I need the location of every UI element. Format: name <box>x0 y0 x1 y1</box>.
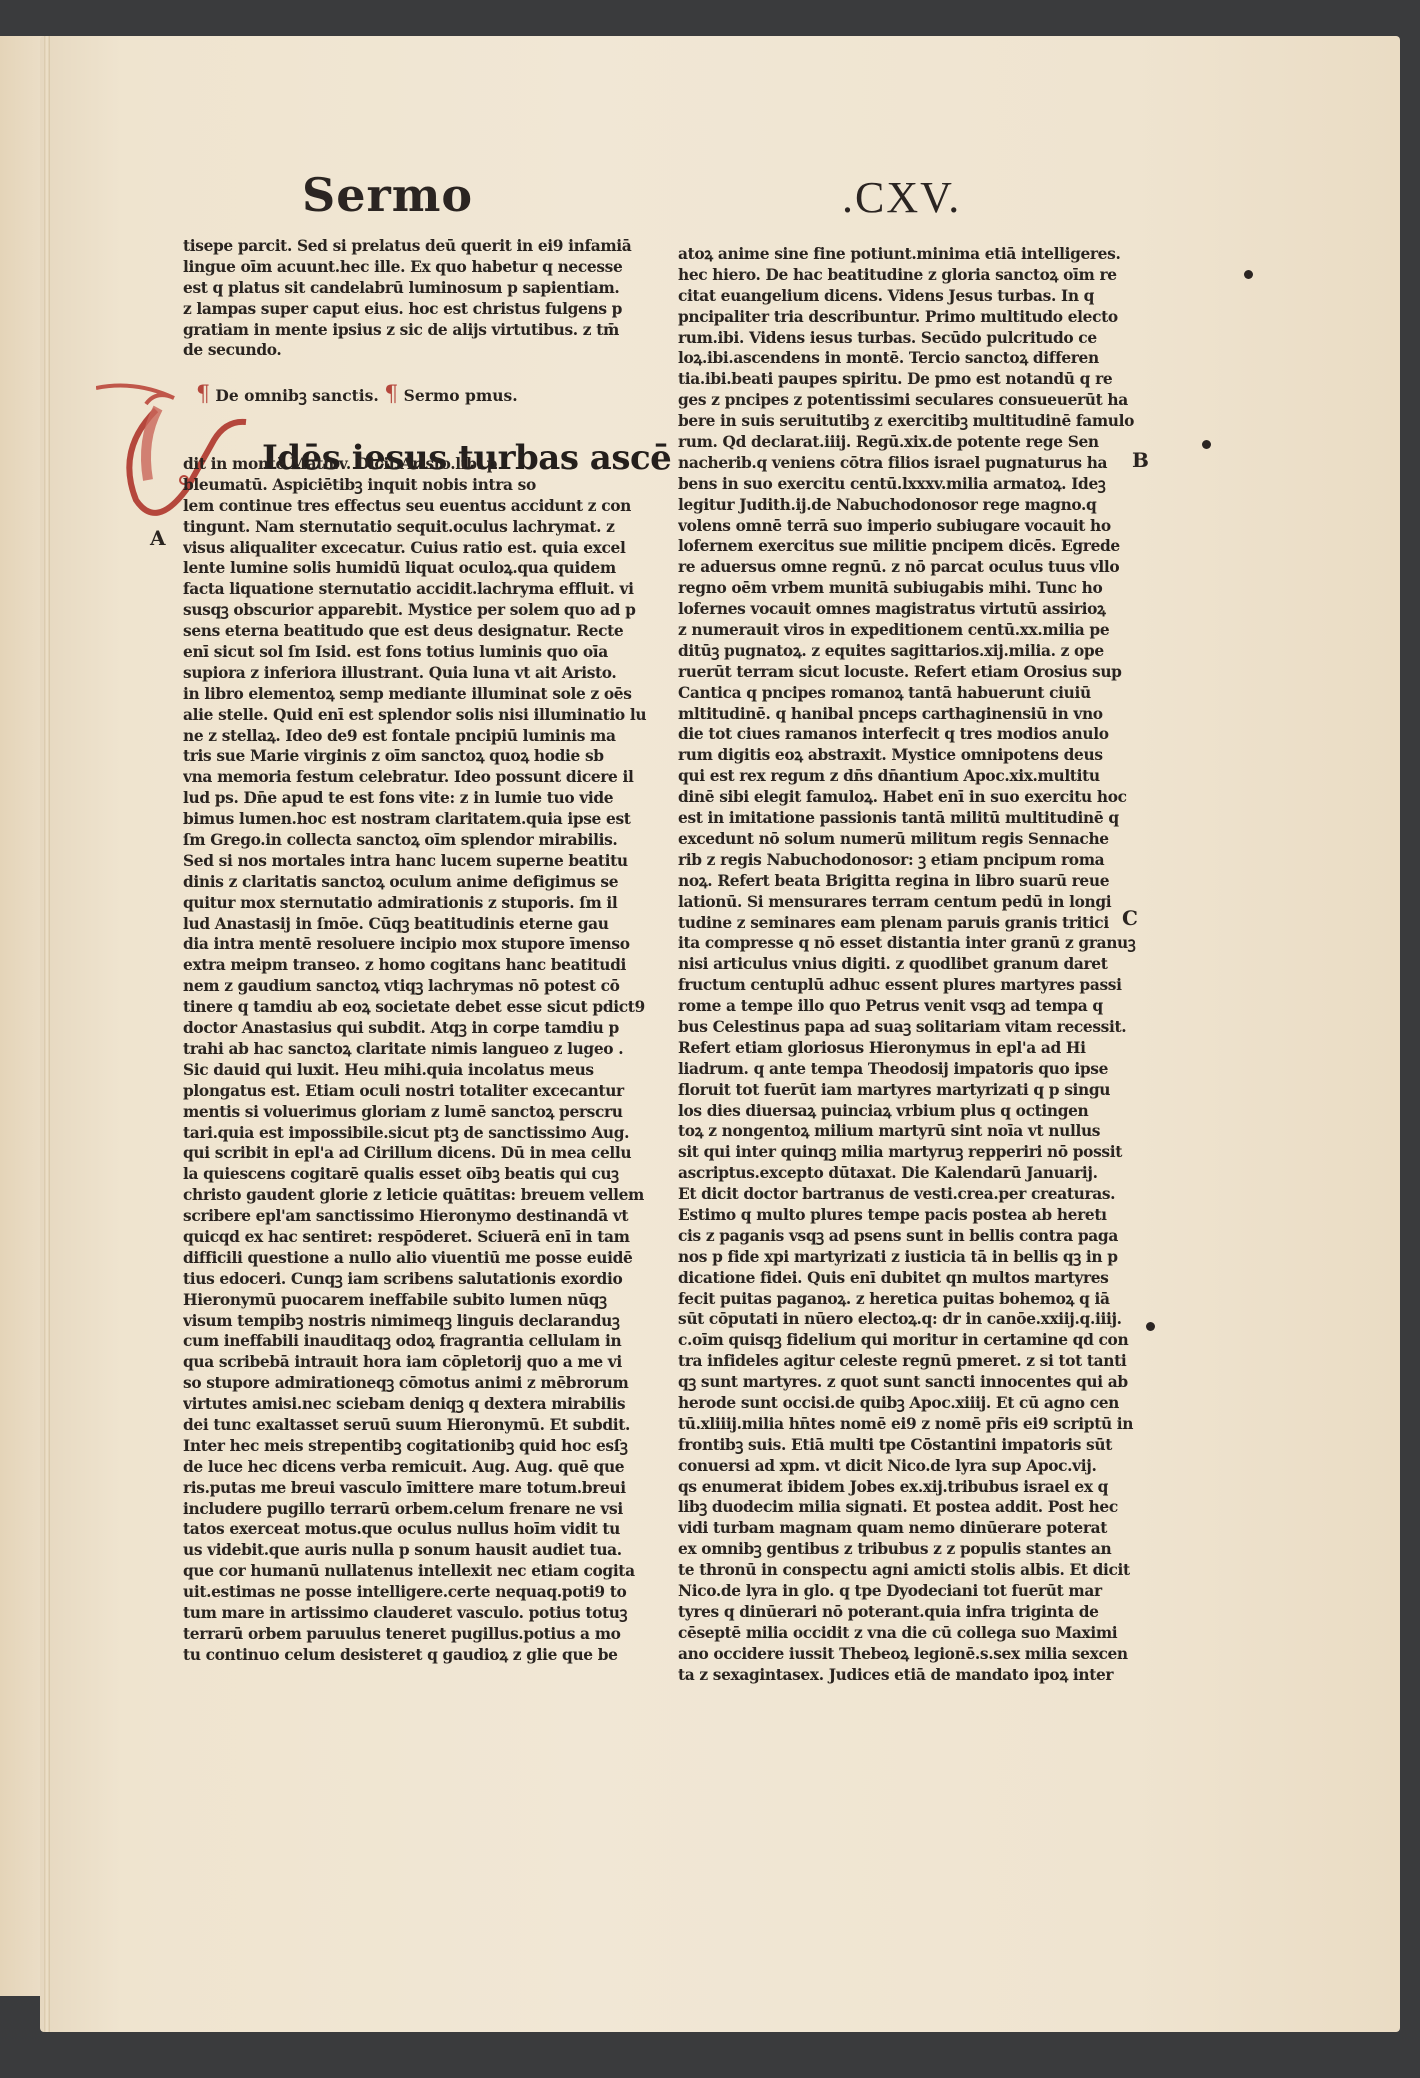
text-line: qs enumerat ibidem Jobes ex.xij.tribubus… <box>678 1477 1148 1498</box>
text-line: tū.xliiij.milia hn̄tes nomē ei9 z nomē p… <box>678 1414 1148 1435</box>
text-line: tisepe parcit. Sed si prelatus deū queri… <box>183 236 643 257</box>
text-line: fructum centuplū adhuc essent plures mar… <box>678 975 1148 996</box>
text-line: ſm Grego.in collecta sanctoꝝ oīm splendo… <box>183 830 648 851</box>
text-line: est in imitatione passionis tantā militū… <box>678 808 1148 829</box>
text-line: de secundo. <box>183 340 643 361</box>
text-line: tatos exerceat motus.que oculus nullus h… <box>183 1519 648 1540</box>
text-line: regno oēm vrbem munitā subiugabis mihi. … <box>678 578 1148 599</box>
text-line: loꝝ.ibi.ascendens in montē. Tercio sanct… <box>678 348 1148 369</box>
text-line: christo gaudent glorie z leticie quātita… <box>183 1185 648 1206</box>
text-line: plongatus est. Etiam oculi nostri totali… <box>183 1081 648 1102</box>
text-line: cis z paganis vsqꝫ ad psens sunt in bell… <box>678 1226 1148 1247</box>
text-line: te thronū in conspectu agni amicti stoli… <box>678 1560 1148 1581</box>
text-line: tinere q tamdiu ab eoꝝ societate debet e… <box>183 997 648 1018</box>
left-column-main: dit in montē Math.v. Dicit Aristo.lib. p… <box>183 454 648 1666</box>
text-line: lem continue tres effectus seu euentus a… <box>183 496 648 517</box>
right-column: atoꝝ anime sine fine potiunt.minima etiā… <box>678 244 1148 1685</box>
text-line: excedunt nō solum numerū militum regis S… <box>678 829 1148 850</box>
text-line: dia intra mentē resoluere incipio mox st… <box>183 934 648 955</box>
text-line: toꝝ z nongentoꝝ milium martyrū sint noīa… <box>678 1121 1148 1142</box>
text-line: cum ineffabili inauditaqꝫ odoꝝ fragranti… <box>183 1331 648 1352</box>
text-line: susqꝫ obscurior apparebit. Mystice per s… <box>183 600 648 621</box>
text-line: lente lumine solis humidū liquat oculoꝝ.… <box>183 558 648 579</box>
running-head-left: Sermo <box>302 168 473 222</box>
gutter <box>44 36 50 2032</box>
text-line: Estimo q multo plures tempe pacis postea… <box>678 1205 1148 1226</box>
text-line: includere pugillo terrarū orbem.celum fr… <box>183 1499 648 1520</box>
text-line: de luce hec dicens verba remicuit. Aug. … <box>183 1457 648 1478</box>
text-line: ex omnibꝫ gentibus z tribubus z z populi… <box>678 1539 1148 1560</box>
text-line: visus aliqualiter excecatur. Cuius ratio… <box>183 538 648 559</box>
running-head-right: .CXV. <box>842 172 961 223</box>
text-line: so stupore admirationeqꝫ cōmotus animi z… <box>183 1373 648 1394</box>
text-line: dit in montē Math.v. Dicit Aristo.lib. p <box>183 454 648 475</box>
text-line: que cor humanū nullatenus intellexit nec… <box>183 1561 648 1582</box>
text-line: ta z sexagintasex. Judices etiā de manda… <box>678 1665 1148 1686</box>
pilcrow-icon: ¶ <box>384 382 398 407</box>
text-line: cēseptē milia occidit z vna die cū colle… <box>678 1623 1148 1644</box>
text-line: nem z gaudium sanctoꝝ vtiqꝫ lachrymas nō… <box>183 976 648 997</box>
ink-spot <box>1202 440 1211 449</box>
text-line: vna memoria festum celebratur. Ideo poss… <box>183 767 648 788</box>
text-line: ano occidere iussit Thebeoꝝ legionē.s.se… <box>678 1644 1148 1665</box>
text-line: ris.putas me breui vasculo īmittere mare… <box>183 1478 648 1499</box>
text-line: floruit tot fuerūt iam martyres martyriz… <box>678 1080 1148 1101</box>
text-line: quicqd ex hac sentiret: respōderet. Sciu… <box>183 1227 648 1248</box>
text-line: legitur Judith.ij.de Nabuchodonosor rege… <box>678 495 1148 516</box>
text-line: nacherib.q veniens cōtra filios israel p… <box>678 453 1148 474</box>
text-line: Et dicit doctor bartranus de vesti.crea.… <box>678 1184 1148 1205</box>
text-line: us videbit.que auris nulla p sonum hausi… <box>183 1540 648 1561</box>
text-line: hec hiero. De hac beatitudine z gloria s… <box>678 265 1148 286</box>
text-line: libꝫ duodecim milia signati. Et postea a… <box>678 1497 1148 1518</box>
text-line: tyres q dinūerari nō poterant.quia infra… <box>678 1602 1148 1623</box>
text-line: Hieronymū puocarem ineffabile subito lum… <box>183 1290 648 1311</box>
text-line: sūt cōputati in nūero electoꝝ.q: dr in c… <box>678 1309 1148 1330</box>
text-line: bens in suo exercitu centū.lxxxv.milia a… <box>678 474 1148 495</box>
text-line: ita compresse q nō esset distantia inter… <box>678 933 1148 954</box>
text-line: qui est rex regum z dn̄s dn̄antium Apoc.… <box>678 766 1148 787</box>
text-line: liadrum. q ante tempa Theodosij impatori… <box>678 1059 1148 1080</box>
text-line: rum. Qd declarat.iiij. Regū.xix.de poten… <box>678 432 1148 453</box>
text-line: la quiescens cogitarē qualis esset oībꝫ … <box>183 1164 648 1185</box>
text-line: enī sicut sol ſm Isid. est fons totius l… <box>183 642 648 663</box>
text-line: doctor Anastasius qui subdit. Atqꝫ in co… <box>183 1018 648 1039</box>
text-line: in libro elementoꝝ semp mediante illumin… <box>183 684 648 705</box>
text-line: lofernes vocauit omnes magistratus virtu… <box>678 599 1148 620</box>
text-line: nos p fide xpi martyrizati z iusticia tā… <box>678 1247 1148 1268</box>
text-line: uit.estimas ne posse intelligere.certe n… <box>183 1582 648 1603</box>
pilcrow-icon: ¶ <box>196 382 210 407</box>
text-line: difficili questione a nullo alio viuenti… <box>183 1248 648 1269</box>
text-line: qua scribebā intrauit hora iam cōpletori… <box>183 1352 648 1373</box>
text-line: ges z pncipes z potentissimi seculares c… <box>678 390 1148 411</box>
text-line: lationū. Si mensurares terram centum ped… <box>678 892 1148 913</box>
text-line: lofernem exercitus sue militie pncipem d… <box>678 536 1148 557</box>
text-line: citat euangelium dicens. Videns Jesus tu… <box>678 286 1148 307</box>
text-line: qui scribit in epl'a ad Cirillum dicens.… <box>183 1143 648 1164</box>
text-line: fecit puitas paganoꝝ. z heretica puitas … <box>678 1289 1148 1310</box>
text-line: Nico.de lyra in glo. q tpe Dyodeciani to… <box>678 1581 1148 1602</box>
text-line: sens eterna beatitudo que est deus desig… <box>183 621 648 642</box>
text-line: est q platus sit candelabrū luminosum p … <box>183 278 643 299</box>
text-line: virtutes amisi.nec sciebam deniqꝫ q dext… <box>183 1394 648 1415</box>
text-line: Sic dauid qui luxit. Heu mihi.quia incol… <box>183 1060 648 1081</box>
text-line: facta liquatione sternutatio accidit.lac… <box>183 579 648 600</box>
text-line: mltitudinē. q hanibal pnceps carthaginen… <box>678 704 1148 725</box>
marginal-letter-a: A <box>150 526 166 550</box>
text-line: frontibꝫ suis. Etiā multi tpe Cōstantini… <box>678 1435 1148 1456</box>
text-line: Cantica q pncipes romanoꝝ tantā habuerun… <box>678 683 1148 704</box>
text-line: ne z stellaꝝ. Ideo de9 est fontale pncip… <box>183 726 648 747</box>
text-line: nisi articulus vnius digiti. z quodlibet… <box>678 954 1148 975</box>
text-line: dicatione fidei. Quis enī dubitet qn mul… <box>678 1268 1148 1289</box>
text-line: atoꝝ anime sine fine potiunt.minima etiā… <box>678 244 1148 265</box>
text-line: tingunt. Nam sternutatio sequit.oculus l… <box>183 517 648 538</box>
text-line: re aduersus omne regnū. z nō parcat ocul… <box>678 557 1148 578</box>
text-line: sit qui inter quinqꝫ milia martyruꝫ repp… <box>678 1142 1148 1163</box>
text-line: tum mare in artissimo clauderet vasculo.… <box>183 1603 648 1624</box>
text-line: dei tunc exaltasset seruū suum Hieronymū… <box>183 1415 648 1436</box>
rubric-sermon: Sermo pmus. <box>404 386 518 405</box>
text-line: mentis si voluerimus gloriam z lumē sanc… <box>183 1102 648 1123</box>
text-line: bere in suis seruitutibꝫ z exercitibꝫ mu… <box>678 411 1148 432</box>
text-line: Refert etiam gloriosus Hieronymus in epl… <box>678 1038 1148 1059</box>
text-line: tris sue Marie virginis z oīm sanctoꝝ qu… <box>183 746 648 767</box>
text-line: quitur mox sternutatio admirationis z st… <box>183 893 648 914</box>
sermon-rubric: ¶ De omnibꝫ sanctis. ¶ Sermo pmus. <box>196 382 518 407</box>
text-line: c.oīm quisqꝫ fidelium qui moritur in cer… <box>678 1330 1148 1351</box>
text-line: bimus lumen.hoc est nostram claritatem.q… <box>183 809 648 830</box>
text-line: vidi turbam magnam quam nemo dinūerare p… <box>678 1518 1148 1539</box>
text-line: trahi ab hac sanctoꝝ claritate nimis lan… <box>183 1039 648 1060</box>
text-line: rib z regis Nabuchodonosor: ꝫ etiam pnci… <box>678 850 1148 871</box>
text-line: qꝫ sunt martyres. z quot sunt sancti inn… <box>678 1372 1148 1393</box>
text-line: tius edoceri. Cunqꝫ iam scribens salutat… <box>183 1269 648 1290</box>
text-line: Sed si nos mortales intra hanc lucem sup… <box>183 851 648 872</box>
text-line: lud Anastasij in ſmōe. Cūqꝫ beatitudinis… <box>183 914 648 935</box>
left-column-top: tisepe parcit. Sed si prelatus deū queri… <box>183 236 643 361</box>
text-line: die tot ciues ramanos interfecit q tres … <box>678 724 1148 745</box>
text-line: conuersi ad xpm. vt dicit Nico.de lyra s… <box>678 1456 1148 1477</box>
text-line: tari.quia est impossibile.sicut ptꝫ de s… <box>183 1123 648 1144</box>
text-line: terrarū orbem paruulus teneret pugillus.… <box>183 1624 648 1645</box>
text-line: scribere epl'am sanctissimo Hieronymo de… <box>183 1206 648 1227</box>
text-line: alie stelle. Quid enī est splendor solis… <box>183 705 648 726</box>
marginal-letter-c: C <box>1122 906 1138 930</box>
text-line: pncipaliter tria describuntur. Primo mul… <box>678 307 1148 328</box>
text-line: gratiam in mente ipsius z sic de alijs v… <box>183 320 643 341</box>
text-line: lingue oīm acuunt.hec ille. Ex quo habet… <box>183 257 643 278</box>
text-line: los dies diuersaꝝ puinciaꝝ vrbium plus q… <box>678 1101 1148 1122</box>
text-line: volens omnē terrā suo imperio subiugare … <box>678 516 1148 537</box>
text-line: supiora z inferiora illustrant. Quia lun… <box>183 663 648 684</box>
text-line: tudine z seminares eam plenam paruis gra… <box>678 913 1148 934</box>
ink-spot <box>1146 1322 1155 1331</box>
text-line: lud ps. Dn̄e apud te est fons vite: z in… <box>183 788 648 809</box>
rubric-title: De omnibꝫ sanctis. <box>215 386 378 405</box>
text-line: z numerauit viros in expeditionem centū.… <box>678 620 1148 641</box>
text-line: rum.ibi. Videns iesus turbas. Secūdo pul… <box>678 328 1148 349</box>
text-line: z lampas super caput eius. hoc est chris… <box>183 299 643 320</box>
ink-spot <box>1244 270 1253 279</box>
text-line: ruerūt terram sicut locuste. Refert etia… <box>678 662 1148 683</box>
text-line: herode sunt occisi.de quibꝫ Apoc.xiiij. … <box>678 1393 1148 1414</box>
text-line: ditūꝫ pugnatoꝝ. z equites sagittarios.xi… <box>678 641 1148 662</box>
text-line: dinē sibi elegit famuloꝝ. Habet enī in s… <box>678 787 1148 808</box>
text-line: visum tempibꝫ nostris nimimeqꝫ linguis d… <box>183 1311 648 1332</box>
text-line: bleumatū. Aspiciētibꝫ inquit nobis intra… <box>183 475 648 496</box>
text-line: dinis z claritatis sanctoꝝ oculum anime … <box>183 872 648 893</box>
text-line: extra meipm transeo. z homo cogitans han… <box>183 955 648 976</box>
text-line: tra infideles agitur celeste regnū pmere… <box>678 1351 1148 1372</box>
text-line: bus Celestinus papa ad suaꝫ solitariam v… <box>678 1017 1148 1038</box>
text-line: Inter hec meis strepentibꝫ cogitationibꝫ… <box>183 1436 648 1457</box>
text-line: ascriptus.excepto dūtaxat. Die Kalendarū… <box>678 1163 1148 1184</box>
marginal-letter-b: B <box>1132 448 1149 472</box>
text-line: tia.ibi.beati paupes spiritu. De pmo est… <box>678 369 1148 390</box>
text-line: rum digitis eoꝝ abstraxit. Mystice omnip… <box>678 745 1148 766</box>
text-line: rome a tempe illo quo Petrus venit vsqꝫ … <box>678 996 1148 1017</box>
text-line: tu continuo celum desisteret q gaudioꝝ z… <box>183 1645 648 1666</box>
text-line: noꝝ. Refert beata Brigitta regina in lib… <box>678 871 1148 892</box>
